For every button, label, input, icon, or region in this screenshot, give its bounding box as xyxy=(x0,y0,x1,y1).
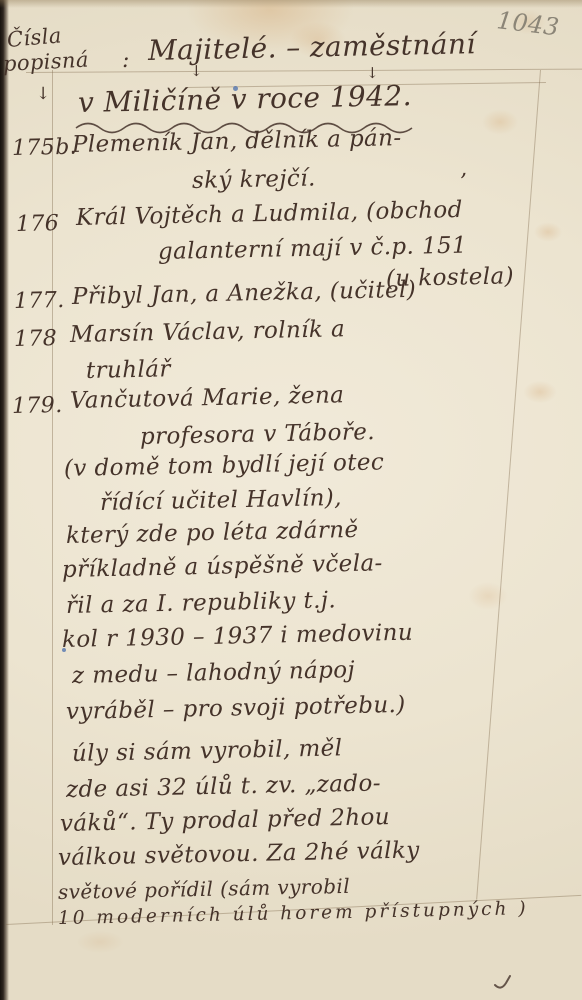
note-line: řídící učitel Havlín), xyxy=(100,485,342,516)
note-line: kol r 1930 – 1937 i medovinu xyxy=(62,620,414,653)
header-subtitle: v Miličíně v roce 1942. xyxy=(78,79,412,119)
note-line: váků“. Ty prodal před 2hou xyxy=(60,804,391,837)
ruled-line-header-top xyxy=(26,69,582,73)
note-line: 10 moderních úlů horem přístupných ) xyxy=(58,898,529,929)
header-column-label-line1: Čísla xyxy=(6,23,63,52)
note-line: příkladně a úspěšně včela- xyxy=(62,550,383,583)
entry-line: truhlář xyxy=(86,356,171,384)
entry-line: galanterní mají v č.p. 151 xyxy=(158,233,468,265)
entry-line: Marsín Václav, rolník a xyxy=(70,316,346,348)
entry-line: Vančutová Marie, žena xyxy=(70,382,345,414)
note-line: zde asi 32 úlů t. zv. „zado- xyxy=(66,770,381,803)
entry-line: profesora v Táboře. xyxy=(140,419,376,450)
ruled-line-right-margin xyxy=(476,70,541,900)
page-top-shadow xyxy=(0,0,582,8)
insert-arrow-icon: ↓ xyxy=(36,84,51,104)
entry-number: 179. xyxy=(12,393,63,419)
entry-number: 175b. xyxy=(12,135,78,161)
note-line: vyráběl – pro svoji potřebu.) xyxy=(66,692,406,725)
note-line: který zde po léta zdárně xyxy=(66,517,359,549)
stray-mark: ’ xyxy=(460,170,468,195)
pen-stroke-icon xyxy=(492,970,518,992)
entry-line: Král Vojtěch a Ludmila, (obchod xyxy=(76,197,463,231)
entry-number: 177. xyxy=(14,288,65,314)
entry-line: Přibyl Jan, a Anežka, (učitel) xyxy=(72,277,417,310)
header-colon: : xyxy=(122,48,130,73)
note-line: řil a za I. republiky t.j. xyxy=(66,587,337,619)
scanned-register-page: 1043 Čísla popisná : Majitelé. – zaměstn… xyxy=(0,0,582,1000)
entry-number: 176 xyxy=(16,211,60,237)
insert-arrow-icon: ↓ xyxy=(190,62,203,80)
header-column-label-line2: popisná xyxy=(2,48,89,76)
book-binding-edge xyxy=(0,0,9,1000)
ruled-line-left-column xyxy=(52,70,53,925)
entry-line: ský krejčí. xyxy=(192,165,316,194)
note-line: světové pořídil (sám vyrobil xyxy=(58,874,350,904)
note-line: úly si sám vyrobil, měl xyxy=(72,735,343,767)
note-line: válkou světovou. Za 2hé války xyxy=(58,837,420,871)
page-number: 1043 xyxy=(495,6,561,41)
note-line: (v domě tom bydlí její otec xyxy=(64,449,385,482)
blue-ink-speck xyxy=(233,86,238,91)
blue-ink-speck xyxy=(62,648,66,652)
note-line: z medu – lahodný nápoj xyxy=(72,657,356,689)
entry-line: Plemeník Jan, dělník a pán- xyxy=(72,125,402,158)
entry-number: 178 xyxy=(14,326,58,352)
